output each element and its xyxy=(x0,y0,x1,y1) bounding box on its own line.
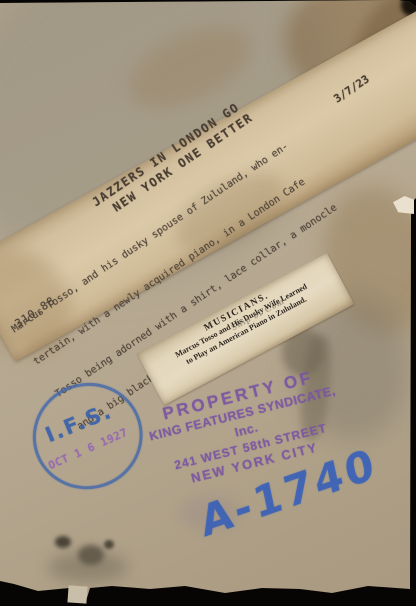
bottom-left-grey-stain xyxy=(48,552,128,582)
bottom-left-smudge xyxy=(78,545,104,565)
photo-back-card: JAZZERS IN LONDON GO NEW YORK ONE BETTER… xyxy=(0,0,416,606)
photo-verso-scan: { "photo_back": { "archive_number": "310… xyxy=(0,0,416,606)
torn-edge-tab xyxy=(67,585,87,603)
bottom-left-smudge xyxy=(55,536,71,548)
bottom-left-smudge xyxy=(104,540,114,549)
typed-caption-label: JAZZERS IN LONDON GO NEW YORK ONE BETTER… xyxy=(0,7,416,362)
